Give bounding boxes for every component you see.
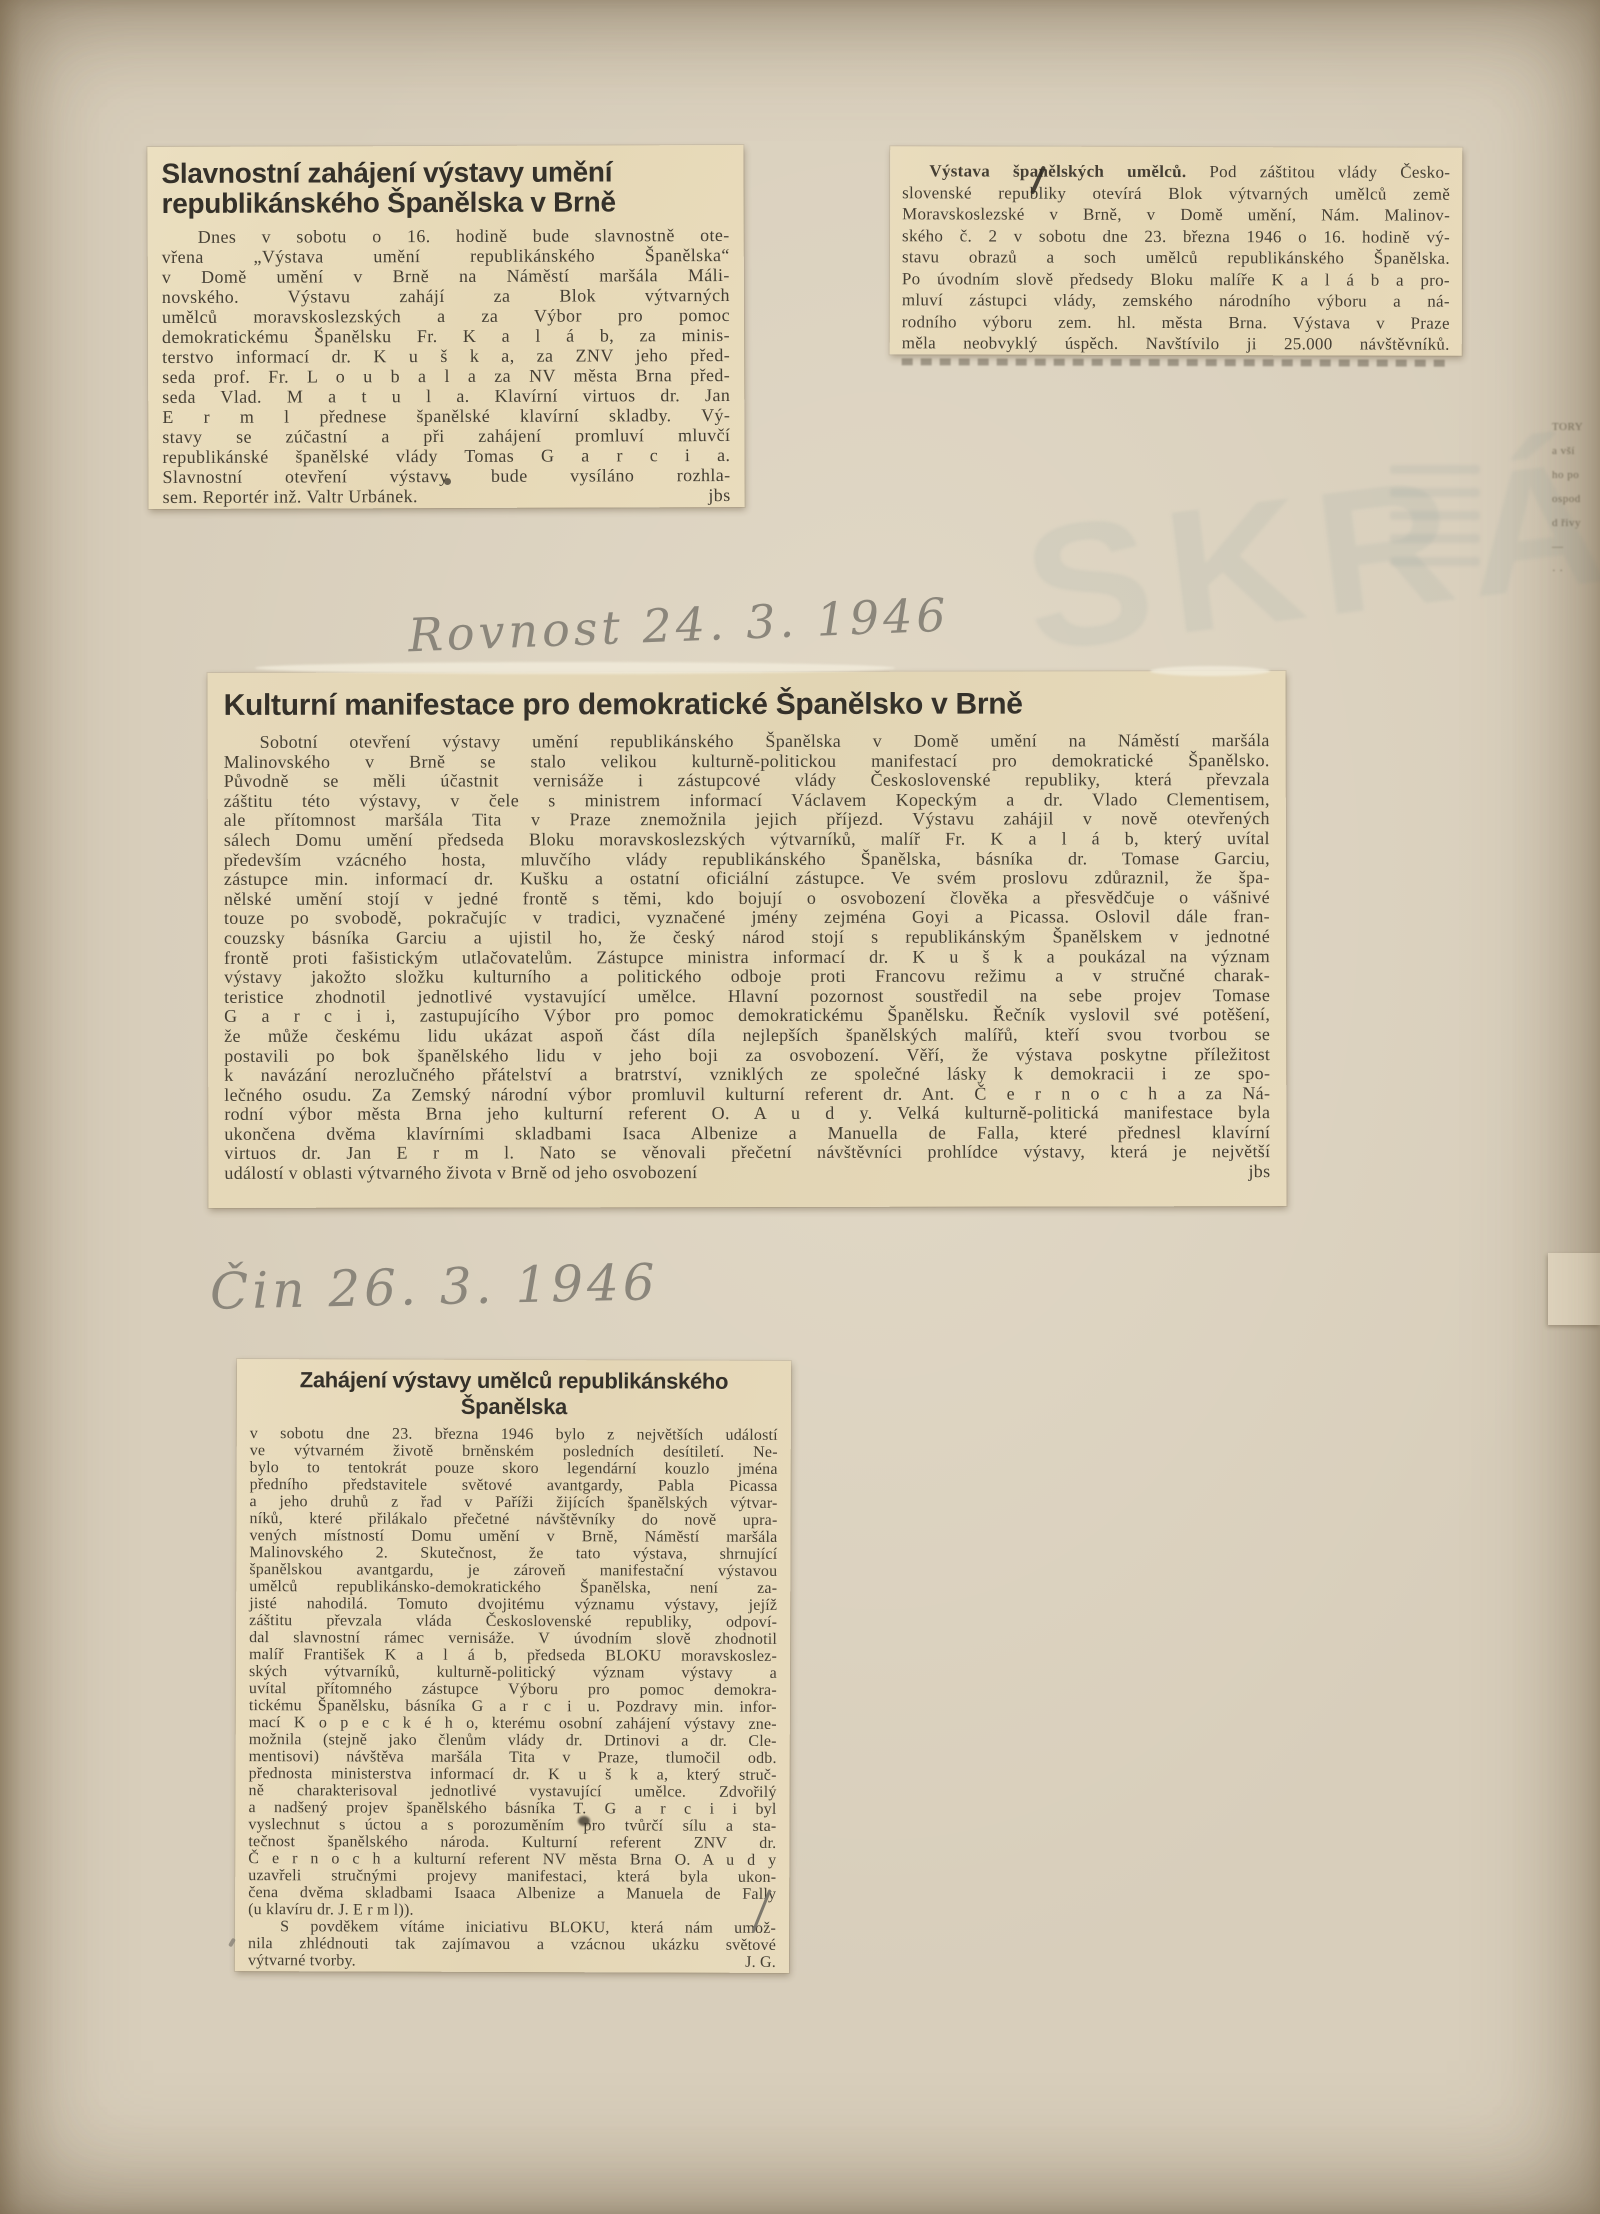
clipping-top-left-lastline: sem. Reportér inž. Valtr Urbánek. jbs [163, 485, 731, 507]
text-line: možnila (stejně jako členům vlády dr. Dr… [249, 1731, 777, 1750]
clipping-bottom-body-1: v sobotu dne 23. března 1946 bylo z nejv… [248, 1425, 778, 1903]
text-line: S povděkem vítáme iniciativu BLOKU, kter… [248, 1918, 776, 1937]
text-line: couzsky básníka Garciu a ujistil ho, že … [224, 927, 1270, 948]
text-line: umělců moravskoslezských a za Výbor pro … [162, 305, 730, 327]
headline-line: republikánského Španělska v Brně [162, 187, 730, 219]
text-line: E r m l přednese španělské klavírní skla… [162, 405, 730, 427]
text-line: uvítal přítomného zástupce Výboru pro po… [249, 1680, 777, 1699]
author-initials: J. G. [733, 1954, 776, 1971]
text-line: malíř František K a l á b, předseda BLOK… [249, 1646, 777, 1665]
clipping-bottom: Zahájení výstavy umělců republikánského … [235, 1359, 791, 1973]
text-line: umělců republikánsko-demokratického Špan… [249, 1578, 777, 1597]
text-line: mluví zástupci vlády, zemského národního… [902, 289, 1450, 312]
text-line: dal slavnostní rámec vernisáže. V úvodní… [249, 1629, 777, 1648]
lastline-text: výtvarné tvorby. [248, 1952, 356, 1969]
text-line: ského č. 2 v sobotu dne 23. března 1946 … [902, 225, 1450, 248]
torn-edge-sliver [255, 662, 895, 674]
text-line: vyslechnut s úctou a s porozuměním pro t… [248, 1816, 776, 1835]
text-line: stavu obrazů a soch umělců republikánské… [902, 246, 1450, 269]
lead-rest: Pod záštitou vlády Česko- [1186, 162, 1450, 182]
text-line: d řivy [1552, 511, 1600, 535]
clipping-bottom-headline: Zahájení výstavy umělců republikánského … [250, 1367, 778, 1421]
edge-clipping-fragment: TORYa všího poospodd řivy—· · [1552, 415, 1600, 715]
clipping-top-left: Slavnostní zahájení výstavy umění republ… [147, 145, 744, 509]
text-line: ských výtvarníků, kulturně-politický výz… [249, 1663, 777, 1682]
headline-line: Slavnostní zahájení výstavy umění [161, 157, 729, 189]
text-line: ospod [1552, 487, 1600, 511]
text-line: nila zhlédnouti tak zajímavou a vzácnou … [248, 1935, 776, 1954]
handwritten-source-date-1: Rovnost 24. 3. 1946 [407, 588, 950, 663]
text-line: — [1552, 535, 1600, 559]
clipping-middle-headline: Kulturní manifestace pro demokratické Šp… [224, 687, 1270, 723]
text-line: španělskou avantgardu, je zároveň manife… [249, 1561, 777, 1580]
clipping-top-right-lead-line: Výstava španělských umělců. Pod záštitou… [902, 160, 1450, 183]
text-line: seda Vlad. M a t u l a. Klavírní virtuos… [162, 385, 730, 407]
text-line: rodního výboru zem. hl. města Brna. Výst… [902, 311, 1450, 334]
text-line: že může českému lidu ukázat aspoň část d… [224, 1025, 1270, 1046]
text-line: seda prof. Fr. L o u b a l a za NV města… [162, 365, 730, 387]
text-line: vřena „Výstava umění republikánského Špa… [162, 245, 730, 267]
headline-line: Španělska [250, 1393, 778, 1421]
text-line: v sobotu dne 23. března 1946 bylo z nejv… [250, 1425, 778, 1444]
lastline-text: událostí v oblasti výtvarného života v B… [224, 1163, 697, 1183]
lead-phrase: Výstava španělských umělců. [929, 161, 1186, 181]
text-line: uzavřeli stručnými projevy manifestaci, … [248, 1867, 776, 1886]
text-line: přednosta ministerstva informací dr. K u… [249, 1765, 777, 1784]
clipping-top-right-body: slovenské republiky otevírá Blok výtvarn… [902, 182, 1450, 355]
clipping-bottom-lastline: výtvarné tvorby. J. G. [248, 1952, 776, 1971]
lastline-text: sem. Reportér inž. Valtr Urbánek. [163, 486, 418, 507]
separator-dot [444, 478, 451, 485]
text-line: stavy se zúčastní a při zahájení promluv… [162, 425, 730, 447]
bleedthrough-ghost-text: SKRÁT [1014, 413, 1600, 691]
clipping-bottom-short-line: (u klavíru dr. J. E r m l)). [248, 1901, 776, 1920]
text-line: slovenské republiky otevírá Blok výtvarn… [902, 182, 1450, 205]
bleedthrough-ghost-lines [1390, 465, 1480, 580]
clipping-middle: Kulturní manifestace pro demokratické Šp… [208, 671, 1287, 1208]
text-line: čena dvěma skladbami Isaaca Albenize a M… [248, 1884, 776, 1903]
text-line: měla neobvyklý úspěch. Navštívilo ji 25.… [902, 332, 1450, 355]
clipping-bottom-body-2: S povděkem vítáme iniciativu BLOKU, kter… [248, 1918, 776, 1954]
text-line: mentisovi) návštěva maršála Tita v Praze… [249, 1748, 777, 1767]
author-initials: jbs [1236, 1162, 1270, 1182]
text-line: Č e r n o c h a kulturní referent NV měs… [248, 1850, 776, 1869]
author-initials: jbs [696, 485, 730, 505]
text-line: a jeho druhů z řad v Paříži žijících špa… [250, 1493, 778, 1512]
text-line: bylo to tentokrát pouze skoro legendární… [250, 1459, 778, 1478]
text-line: jisté nahodilá. Tomuto dvojitému významu… [249, 1595, 777, 1614]
text-line: sálech Domu umění předseda Bloku moravsk… [224, 829, 1270, 850]
text-line: · · [1552, 559, 1600, 583]
text-line: tečnost španělského národa. Kulturní ref… [248, 1833, 776, 1852]
text-line: terstvo informací dr. K u š k a, za ZNV … [162, 345, 730, 367]
text-line: ně charakterisoval jednotlivé vystavujíc… [249, 1782, 777, 1801]
text-line: Moravskoslezské v Brně, v Domě umění, Ná… [902, 203, 1450, 226]
text-line: Sobotní otevření výstavy umění republiká… [224, 731, 1270, 752]
handwritten-source-date-2: Čin 26. 3. 1946 [209, 1253, 659, 1320]
text-line: novského. Výstavu zahájí za Blok výtvarn… [162, 285, 730, 307]
clipping-top-right: Výstava španělských umělců. Pod záštitou… [890, 146, 1463, 355]
ink-blot [578, 1816, 590, 1826]
clipping-top-left-headline: Slavnostní zahájení výstavy umění republ… [161, 157, 729, 219]
edge-paper-chip [1548, 1253, 1600, 1325]
scrapbook-page: Slavnostní zahájení výstavy umění republ… [0, 0, 1600, 2214]
text-line: předního představitele světové avantgard… [250, 1476, 778, 1495]
text-line: v Domě umění v Brně na Náměstí maršála M… [162, 265, 730, 287]
headline-line: Zahájení výstavy umělců republikánského [250, 1367, 778, 1395]
text-line: virtuos dr. Jan E r m l. Nato se věnoval… [224, 1143, 1270, 1164]
text-line: níků, které přilákalo přečetné návštěvní… [249, 1510, 777, 1529]
text-line: a nadšený projev španělského básníka T. … [248, 1799, 776, 1818]
text-line: TORY [1552, 415, 1600, 439]
text-line: Malinovského 2. Skutečnost, že tato výst… [249, 1544, 777, 1563]
clipping-middle-lastline: událostí v oblasti výtvarného života v B… [224, 1162, 1270, 1183]
text-line: ve výtvarném životě brněnském posledních… [250, 1442, 778, 1461]
text-line: Dnes v sobotu o 16. hodině bude slavnost… [162, 225, 730, 247]
text-line: republikánské španělské vlády Tomas G a … [162, 445, 730, 467]
torn-edge-sliver [1150, 666, 1270, 676]
clipping-middle-body: Sobotní otevření výstavy umění republiká… [224, 731, 1271, 1164]
text-line: vených místností Domu umění v Brně, Námě… [249, 1527, 777, 1546]
torn-cut-text-line [902, 358, 1450, 366]
text-line: demokratickému Španělsku Fr. K a l á b, … [162, 325, 730, 347]
text-line: ho po [1552, 463, 1600, 487]
text-line: Po úvodním slově předsedy Bloku malíře K… [902, 268, 1450, 291]
text-line: mací K o p e c k é h o, kterému osobní z… [249, 1714, 777, 1733]
text-line: a vší [1552, 439, 1600, 463]
clipping-top-left-body: Dnes v sobotu o 16. hodině bude slavnost… [162, 225, 731, 487]
text-line: záštitu převzala vláda Československé re… [249, 1612, 777, 1631]
text-line: tickému Španělsku, básníka G a r c i u. … [249, 1697, 777, 1716]
